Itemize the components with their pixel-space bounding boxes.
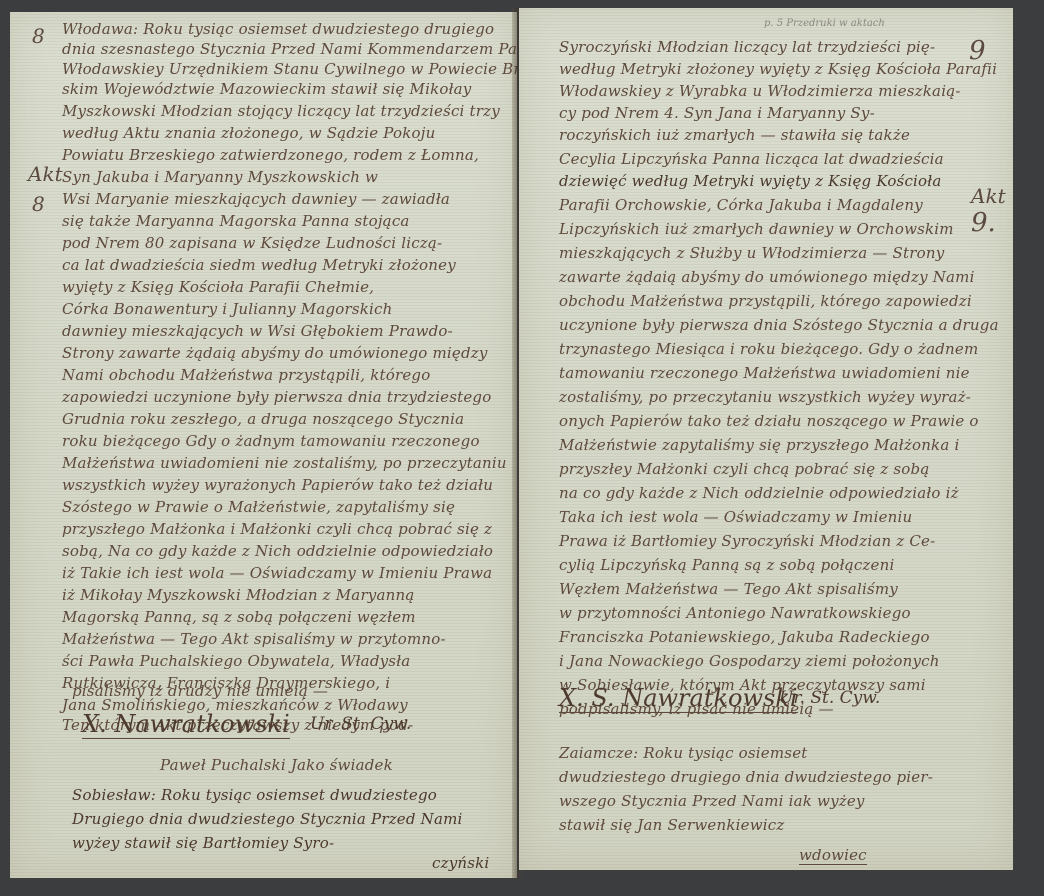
text-line: Nami obchodu Małżeństwa przystąpili, któ… xyxy=(62,366,430,384)
signature-title: Ur. St. Cyw. xyxy=(779,688,880,708)
text-line: przyszłego Małżonka i Małżonki czyli chc… xyxy=(62,520,492,538)
text-line: dziewięć według Metryki wyięty z Księg K… xyxy=(559,172,941,190)
text-line: wyżey stawił się Bartłomiey Syro- xyxy=(72,834,334,852)
text-line: Taka ich iest wola — Oświadczamy w Imien… xyxy=(559,508,912,526)
text-line: czyński xyxy=(432,854,489,872)
text-line: wszystkich wyżey wyrażonych Papierów tak… xyxy=(62,476,493,494)
text-line: ca lat dwadzieścia siedm według Metryki … xyxy=(62,256,456,274)
text-line: zapowiedzi uczynione były pierwsza dnia … xyxy=(62,388,491,406)
right-page: p. 5 Przedruki w aktach 9 Akt 9. Syroczy… xyxy=(519,8,1013,870)
text-line: w przytomności Antoniego Nawratkowskiego xyxy=(559,604,911,622)
text-line: Syroczyński Młodzian liczący lat trzydzi… xyxy=(559,38,935,56)
text-line: wyięty z Księg Kościoła Parafii Chełmie, xyxy=(62,278,374,296)
text-line: Prawa iż Bartłomiey Syroczyński Młodzian… xyxy=(559,532,935,550)
text-line: Lipczyńskich iuż zmarłych dawniey w Orch… xyxy=(559,220,954,238)
text-line: wszego Stycznia Przed Nami iak wyżey xyxy=(559,792,865,810)
margin-note-number: 9. xyxy=(971,208,996,238)
text-line: według Metryki złożoney wyięty z Księg K… xyxy=(559,60,997,78)
text-line: onych Papierów tako też działu noszącego… xyxy=(559,412,979,430)
text-line: roczyńskich iuż zmarłych — stawiła się t… xyxy=(559,126,910,144)
text-line: Parafii Orchowskie, Córka Jakuba i Magda… xyxy=(559,196,923,214)
text-line: wdowiec xyxy=(799,846,867,865)
text-line: Włodawa: Roku tysiąc osiemset dwudzieste… xyxy=(62,20,494,38)
text-line: Zaiamcze: Roku tysiąc osiemset xyxy=(559,744,808,762)
text-line: Włodawskiey Urzędnikiem Stanu Cywilnego … xyxy=(62,60,517,78)
text-line: Włodawskiey z Wyrabka u Włodzimierza mie… xyxy=(559,82,961,100)
text-line: dwudziestego drugiego dnia dwudziestego … xyxy=(559,768,933,786)
signature-title: Ur. St. Cyw. xyxy=(310,714,411,734)
text-line: zostaliśmy, po przeczytaniu wszystkich w… xyxy=(559,388,971,406)
text-line: Węzłem Małżeństwa — Tego Akt spisaliśmy xyxy=(559,580,898,598)
margin-note-akt: Akt xyxy=(28,162,63,186)
text-line: Magorską Panną, są z sobą połączeni węzł… xyxy=(62,608,416,626)
text-line: Powiatu Brzeskiego zatwierdzonego, rodem… xyxy=(62,146,479,164)
text-line: sobą, Na co gdy każde z Nich oddzielnie … xyxy=(62,542,493,560)
text-line: Sobiesław: Roku tysiąc osiemset dwudzies… xyxy=(72,786,437,804)
text-line: uczynione były pierwsza dnia Szóstego St… xyxy=(559,316,999,334)
text-line: zawarte żądaią abyśmy do umówionego międ… xyxy=(559,268,975,286)
text-line: stawił się Jan Serwenkiewicz xyxy=(559,816,784,834)
page-number-left: 8 xyxy=(32,24,45,48)
text-line: cy pod Nrem 4. Syn Jana i Maryanny Sy- xyxy=(559,104,875,122)
text-line: iż Mikołay Myszkowski Młodzian z Maryann… xyxy=(62,586,415,604)
text-line: mieszkających z Służby u Włodzimierza — … xyxy=(559,244,944,262)
text-line: Drugiego dnia dwudziestego Stycznia Prze… xyxy=(72,810,463,828)
signature-priest: X. Nawratkowski xyxy=(82,710,290,739)
text-line: Myszkowski Młodzian stojący liczący lat … xyxy=(62,102,500,120)
text-line: Wsi Maryanie mieszkających dawniey — zaw… xyxy=(62,190,450,208)
text-line: Grudnia roku zeszłego, a druga noszącego… xyxy=(62,410,464,428)
text-line: skim Województwie Mazowieckim stawił się… xyxy=(62,80,471,98)
text-line: i Jana Nowackiego Gospodarzy ziemi położ… xyxy=(559,652,940,670)
signature-priest: X. S. Nawratkowski xyxy=(559,684,798,713)
text-line: Syn Jakuba i Maryanny Myszkowskich w xyxy=(62,168,378,186)
text-line: cylią Lipczyńską Panną są z sobą połącze… xyxy=(559,556,894,574)
text-line: Córka Bonawentury i Julianny Magorskich xyxy=(62,300,393,318)
pencil-annotation: p. 5 Przedruki w aktach xyxy=(764,18,885,29)
text-line: Strony zawarte żądaią abyśmy do umówione… xyxy=(62,344,488,362)
margin-note-akt: Akt xyxy=(971,184,1006,208)
text-line: dawniey mieszkających w Wsi Głębokiem Pr… xyxy=(62,322,453,340)
text-line: według Aktu znania złożonego, w Sądzie P… xyxy=(62,124,435,142)
text-line: dnia szesnastego Stycznia Przed Nami Kom… xyxy=(62,40,517,58)
text-line: tamowaniu rzeczonego Małżeństwa uwiadomi… xyxy=(559,364,970,382)
text-line: przyszłey Małżonki czyli chcą pobrać się… xyxy=(559,460,929,478)
text-line: obchodu Małżeństwa przystąpili, którego … xyxy=(559,292,972,310)
text-line: iż Takie ich iest wola — Oświadczamy w I… xyxy=(62,564,492,582)
text-line: Cecylia Lipczyńska Panna licząca lat dwa… xyxy=(559,150,944,168)
text-line: Małżeństwa — Tego Akt spisaliśmy w przyt… xyxy=(62,630,446,648)
text-line: Franciszka Potaniewskiego, Jakuba Radeck… xyxy=(559,628,930,646)
left-page: 8 Akt 8 Włodawa: Roku tysiąc osiemset dw… xyxy=(10,12,517,878)
text-line: roku bieżącego Gdy o żadnym tamowaniu rz… xyxy=(62,432,480,450)
margin-note-number: 8 xyxy=(32,192,45,216)
text-line: na co gdy każde z Nich oddzielnie odpowi… xyxy=(559,484,959,502)
text-line: pod Nrem 80 zapisana w Księdze Ludności … xyxy=(62,234,442,252)
text-line: się także Maryanna Magorska Panna stojąc… xyxy=(62,212,410,230)
text-line: Małżeństwa uwiadomieni nie zostaliśmy, p… xyxy=(62,454,507,472)
text-line: ści Pawła Puchalskiego Obywatela, Władys… xyxy=(62,652,410,670)
text-line: Małżeństwie zapytaliśmy się przyszłego M… xyxy=(559,436,959,454)
text-line: trzynastego Miesiąca i roku bieżącego. G… xyxy=(559,340,978,358)
text-line: pisaliśmy iż drudzy nie umieią — xyxy=(72,682,328,700)
witness-line: Paweł Puchalski Jako świadek xyxy=(160,756,393,774)
text-line: Szóstego w Prawie o Małżeństwie, zapytal… xyxy=(62,498,455,516)
